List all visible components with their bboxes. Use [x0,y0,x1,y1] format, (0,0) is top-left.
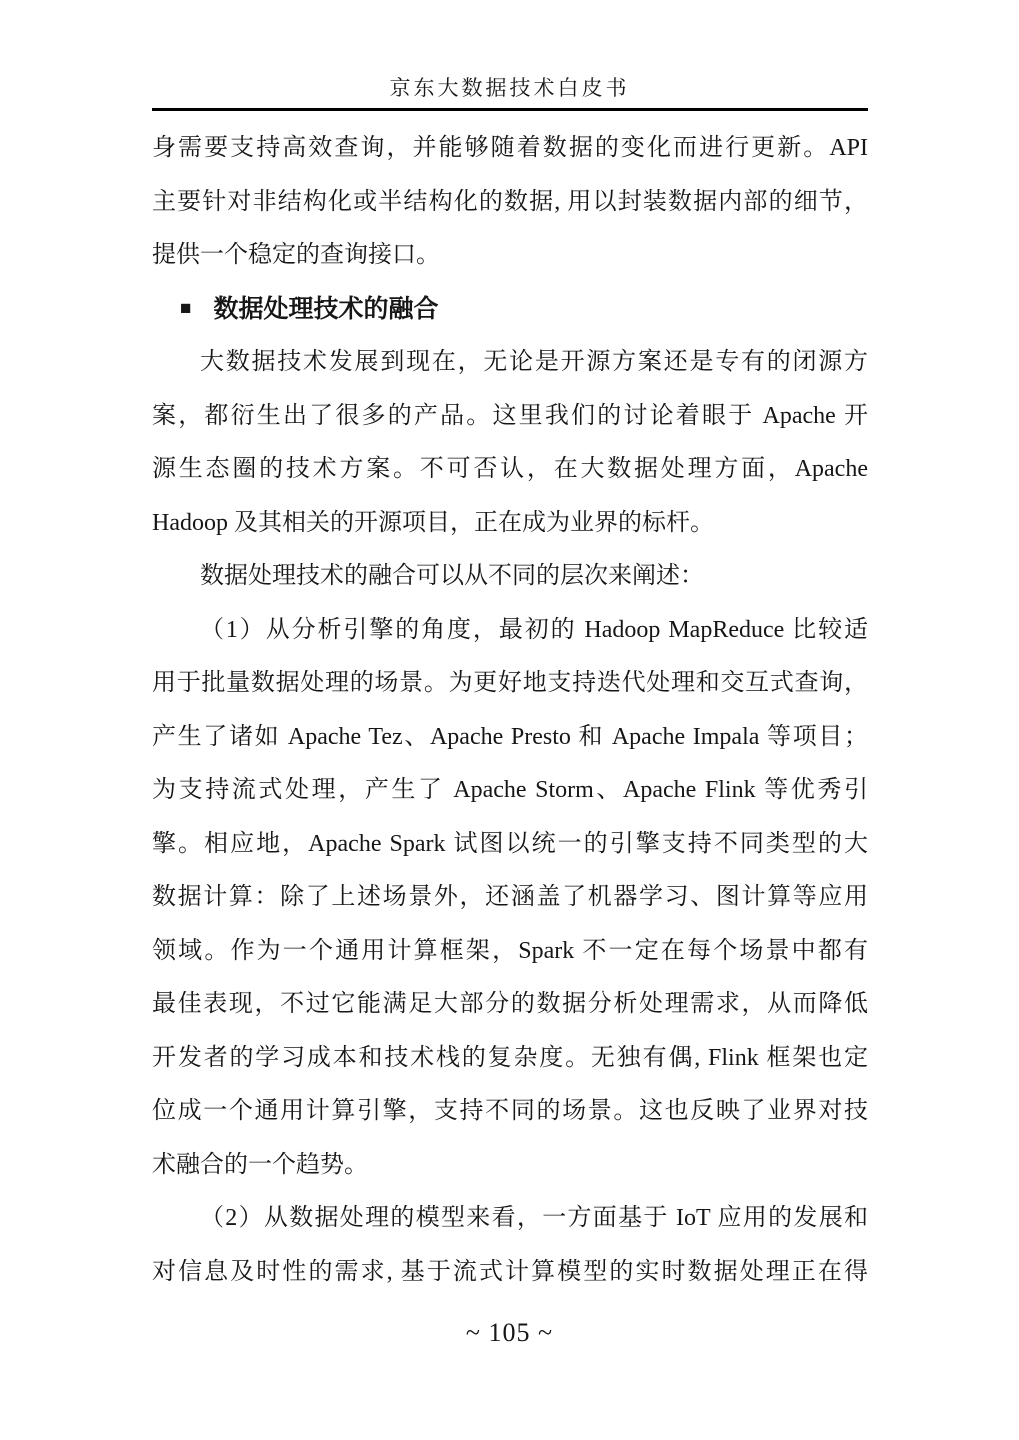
page-footer: ~ 105 ~ [0,1318,1019,1348]
section-heading: ■数据处理技术的融合 [152,283,868,337]
square-bullet-icon: ■ [180,283,191,336]
document-page: 京东大数据技术白皮书 身需要支持高效查询，并能够随着数据的变化而进行更新。API… [0,0,1019,1440]
text-line: 术融合的一个趋势。 [152,1139,868,1193]
text-line: （2）从数据处理的模型来看，一方面基于 IoT 应用的发展和 [152,1192,868,1246]
text-line: 案，都衍生出了很多的产品。这里我们的讨论着眼于 Apache 开 [152,390,868,444]
text-line: 产生了诸如 Apache Tez、Apache Presto 和 Apache … [152,711,868,765]
text-line: 用于批量数据处理的场景。为更好地支持迭代处理和交互式查询， [152,657,868,711]
page-number: ~ 105 ~ [466,1318,553,1347]
text-line: 位成一个通用计算引擎，支持不同的场景。这也反映了业界对技 [152,1085,868,1139]
section-heading-label: 数据处理技术的融合 [213,296,438,323]
text-line: 大数据技术发展到现在，无论是开源方案还是专有的闭源方 [152,336,868,390]
text-line: 最佳表现，不过它能满足大部分的数据分析处理需求，从而降低 [152,978,868,1032]
text-line: 主要针对非结构化或半结构化的数据, 用以封装数据内部的细节， [152,176,868,230]
text-line: 数据处理技术的融合可以从不同的层次来阐述： [152,550,868,604]
text-line: 为支持流式处理，产生了 Apache Storm、Apache Flink 等优… [152,764,868,818]
text-line: 提供一个稳定的查询接口。 [152,229,868,283]
text-line: 擎。相应地，Apache Spark 试图以统一的引擎支持不同类型的大 [152,818,868,872]
text-line: 源生态圈的技术方案。不可否认，在大数据处理方面，Apache [152,443,868,497]
text-line: （1）从分析引擎的角度，最初的 Hadoop MapReduce 比较适 [152,604,868,658]
text-line: 对信息及时性的需求, 基于流式计算模型的实时数据处理正在得 [152,1246,868,1300]
text-line: 数据计算：除了上述场景外，还涵盖了机器学习、图计算等应用 [152,871,868,925]
text-line: Hadoop 及其相关的开源项目，正在成为业界的标杆。 [152,497,868,551]
text-line: 身需要支持高效查询，并能够随着数据的变化而进行更新。API [152,122,868,176]
header-rule [152,108,868,111]
document-body: 身需要支持高效查询，并能够随着数据的变化而进行更新。API主要针对非结构化或半结… [152,122,868,1299]
text-line: 领域。作为一个通用计算框架，Spark 不一定在每个场景中都有 [152,925,868,979]
text-line: 开发者的学习成本和技术栈的复杂度。无独有偶, Flink 框架也定 [152,1032,868,1086]
header-title: 京东大数据技术白皮书 [0,72,1019,102]
